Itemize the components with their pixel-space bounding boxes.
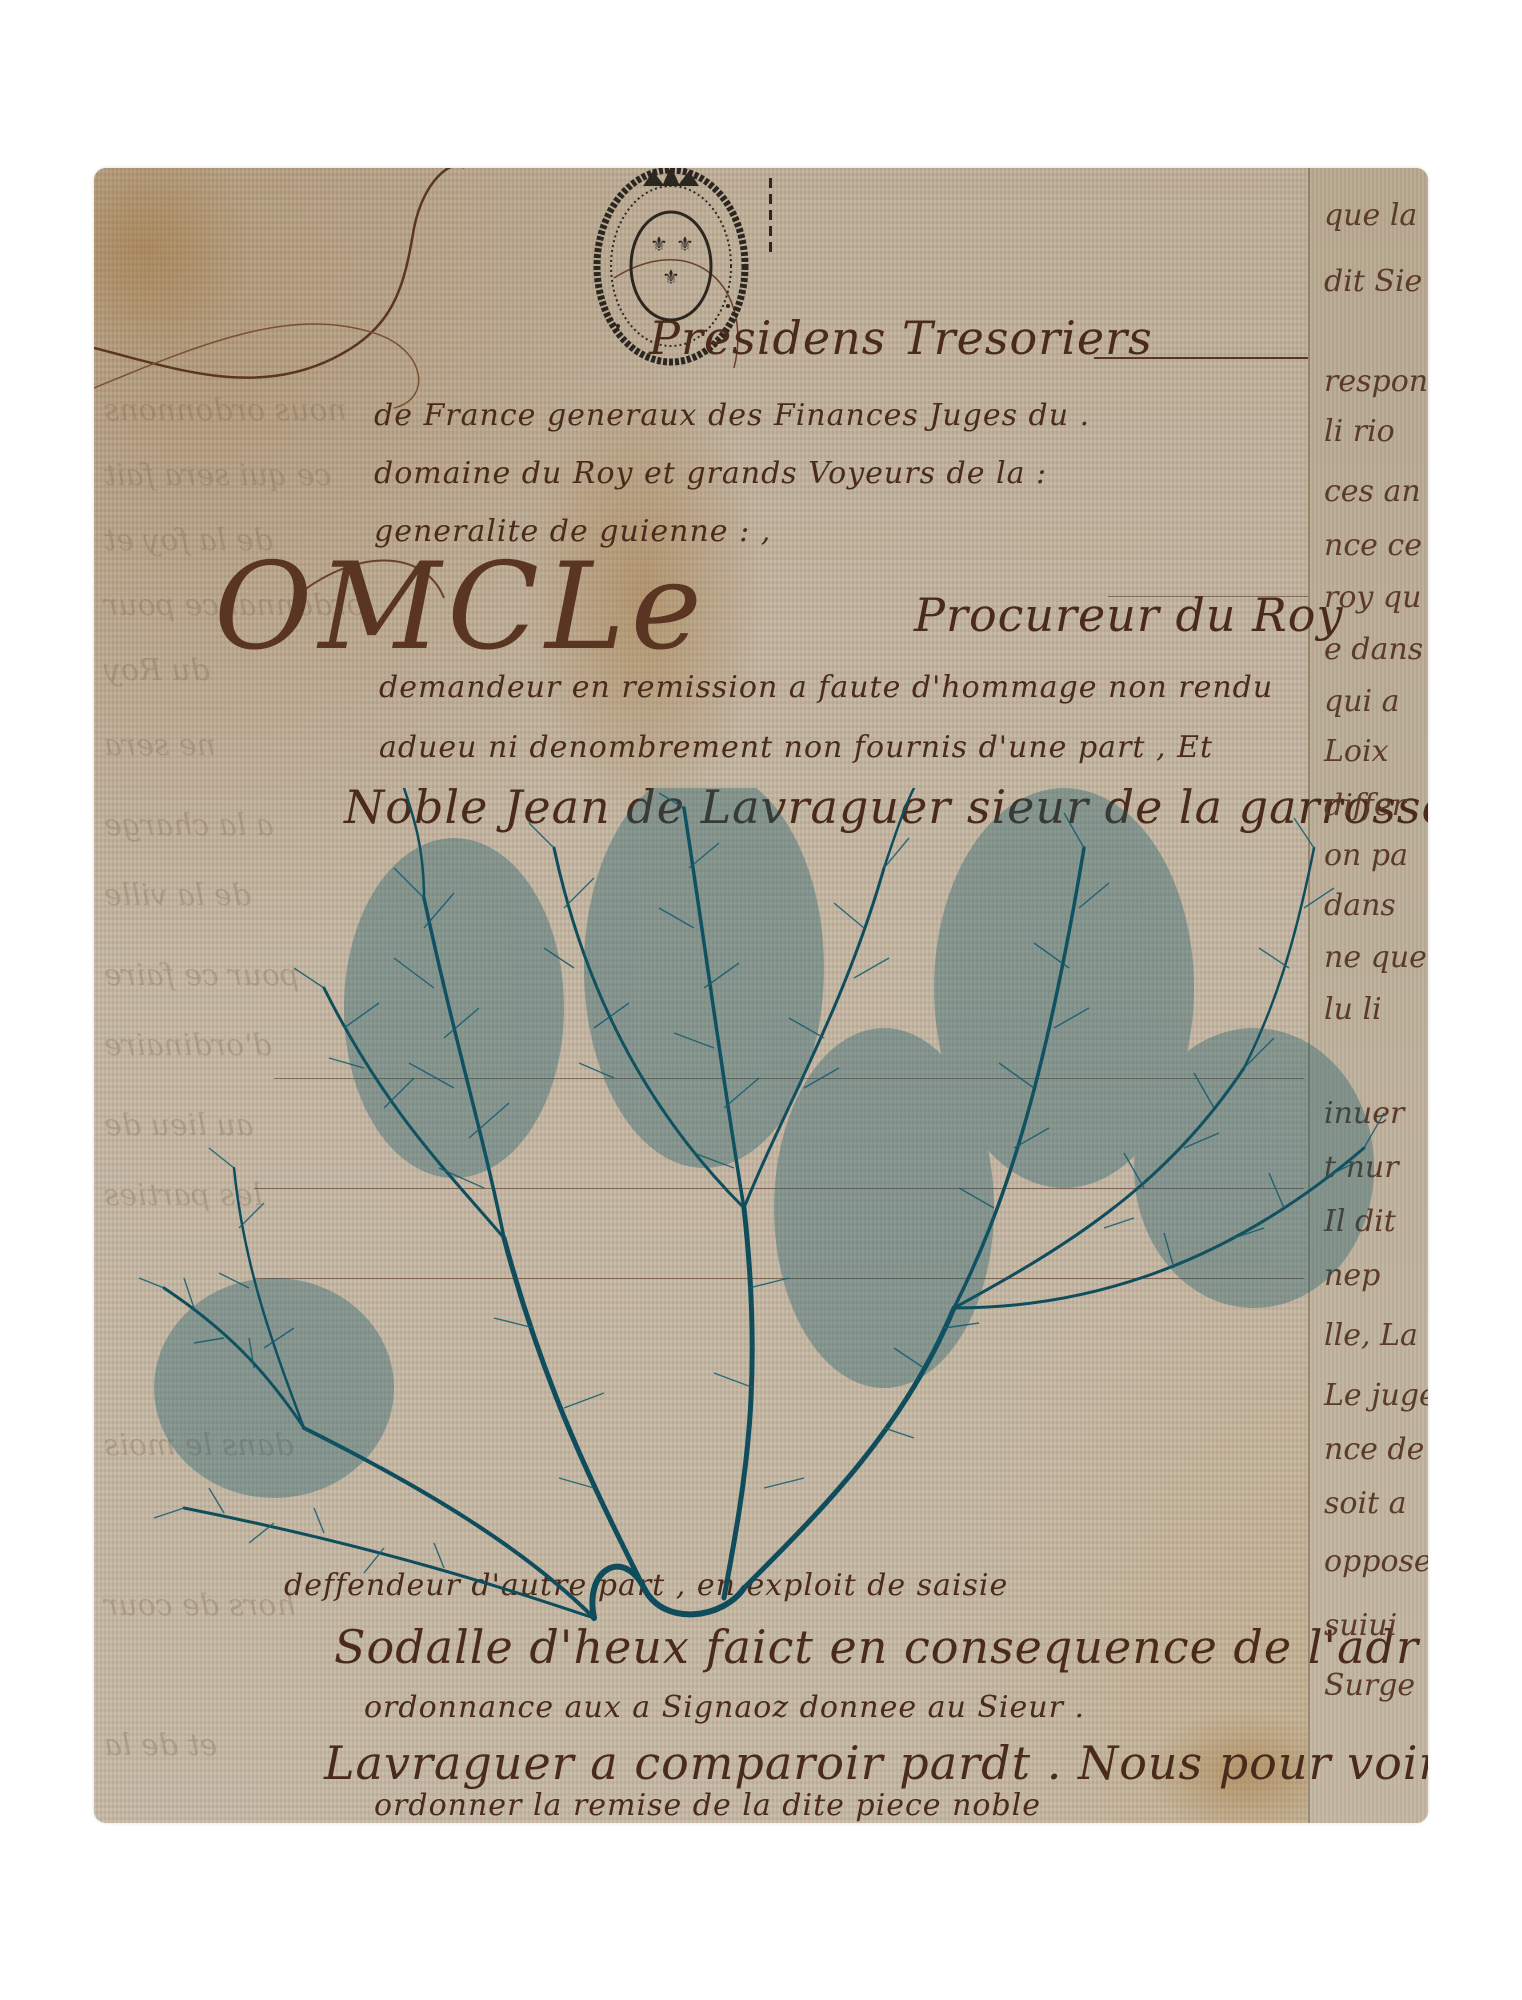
- manuscript-monogram: OMCLe: [214, 538, 708, 677]
- margin-line: li rio: [1324, 414, 1395, 449]
- manuscript-line: ordonner la remise de la dite piece nobl…: [374, 1788, 1041, 1823]
- manuscript-line: demandeur en remission a faute d'hommage…: [379, 670, 1273, 705]
- margin-line: que la: [1324, 198, 1417, 233]
- manuscript-line: adueu ni denombrement non fournis d'une …: [379, 730, 1213, 765]
- margin-line: respon: [1324, 364, 1428, 399]
- manuscript-line: de France generaux des Finances Juges du…: [374, 398, 1090, 433]
- manuscript-heading: Presidens Tresoriers: [649, 311, 1153, 365]
- manuscript-line: Lavraguer a comparoir pardt . Nous pour …: [324, 1736, 1428, 1790]
- margin-line: qui a: [1324, 684, 1400, 719]
- svg-text:⚜: ⚜: [676, 232, 694, 256]
- seal-dash: [769, 178, 772, 258]
- margin-line: Surge: [1324, 1668, 1415, 1703]
- ghost-line: et de la: [104, 1728, 217, 1763]
- artwork-canvas: nous ordonnons ce qui sera fait de la fo…: [94, 168, 1428, 1823]
- margin-line: nce ce: [1324, 528, 1422, 563]
- margin-line: dit Sie: [1324, 264, 1422, 299]
- margin-line: Loix: [1324, 734, 1389, 769]
- margin-line: e dans: [1324, 632, 1423, 667]
- seaweed-illustration: [124, 788, 1404, 1648]
- manuscript-line: domaine du Roy et grands Voyeurs de la :: [374, 456, 1047, 491]
- manuscript-line: ordonnance aux a Signaoz donnee au Sieur…: [364, 1690, 1085, 1725]
- svg-text:⚜: ⚜: [650, 232, 668, 256]
- svg-text:⚜: ⚜: [662, 265, 680, 289]
- ruled-line: [1108, 596, 1308, 597]
- margin-line: roy qu: [1324, 580, 1421, 615]
- margin-line: ces an: [1324, 474, 1421, 509]
